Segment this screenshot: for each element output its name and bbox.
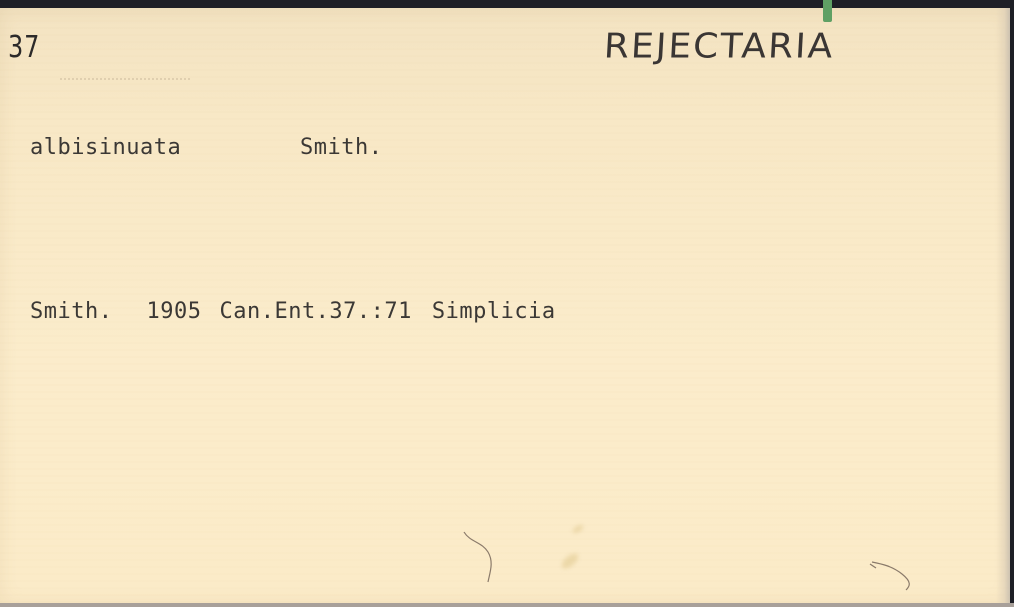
reference-line: Smith. 1905 Can.Ent.37.:71 Simplicia [30,299,556,324]
green-tab-marker [823,0,832,22]
scan-bottom-edge [0,603,1014,607]
paper-fiber [460,528,510,588]
scanned-card-image: 37 REJECTARIA albisinuata Smith. Smith. … [0,0,1014,607]
paper-stain [559,551,581,572]
species-author: Smith. [300,135,382,160]
reference-citation: Can.Ent.37.:71 [219,299,411,324]
paper-stain [571,523,584,534]
reference-year: 1905 [146,299,201,324]
original-genus: Simplicia [432,299,556,324]
paper-fiber [868,560,918,594]
reference-author: Smith. [30,299,112,324]
faint-markings [60,78,190,82]
index-card: 37 REJECTARIA albisinuata Smith. Smith. … [0,8,1010,604]
genus-heading: REJECTARIA [603,27,835,66]
card-number: 37 [8,30,40,65]
species-name: albisinuata [30,135,181,160]
